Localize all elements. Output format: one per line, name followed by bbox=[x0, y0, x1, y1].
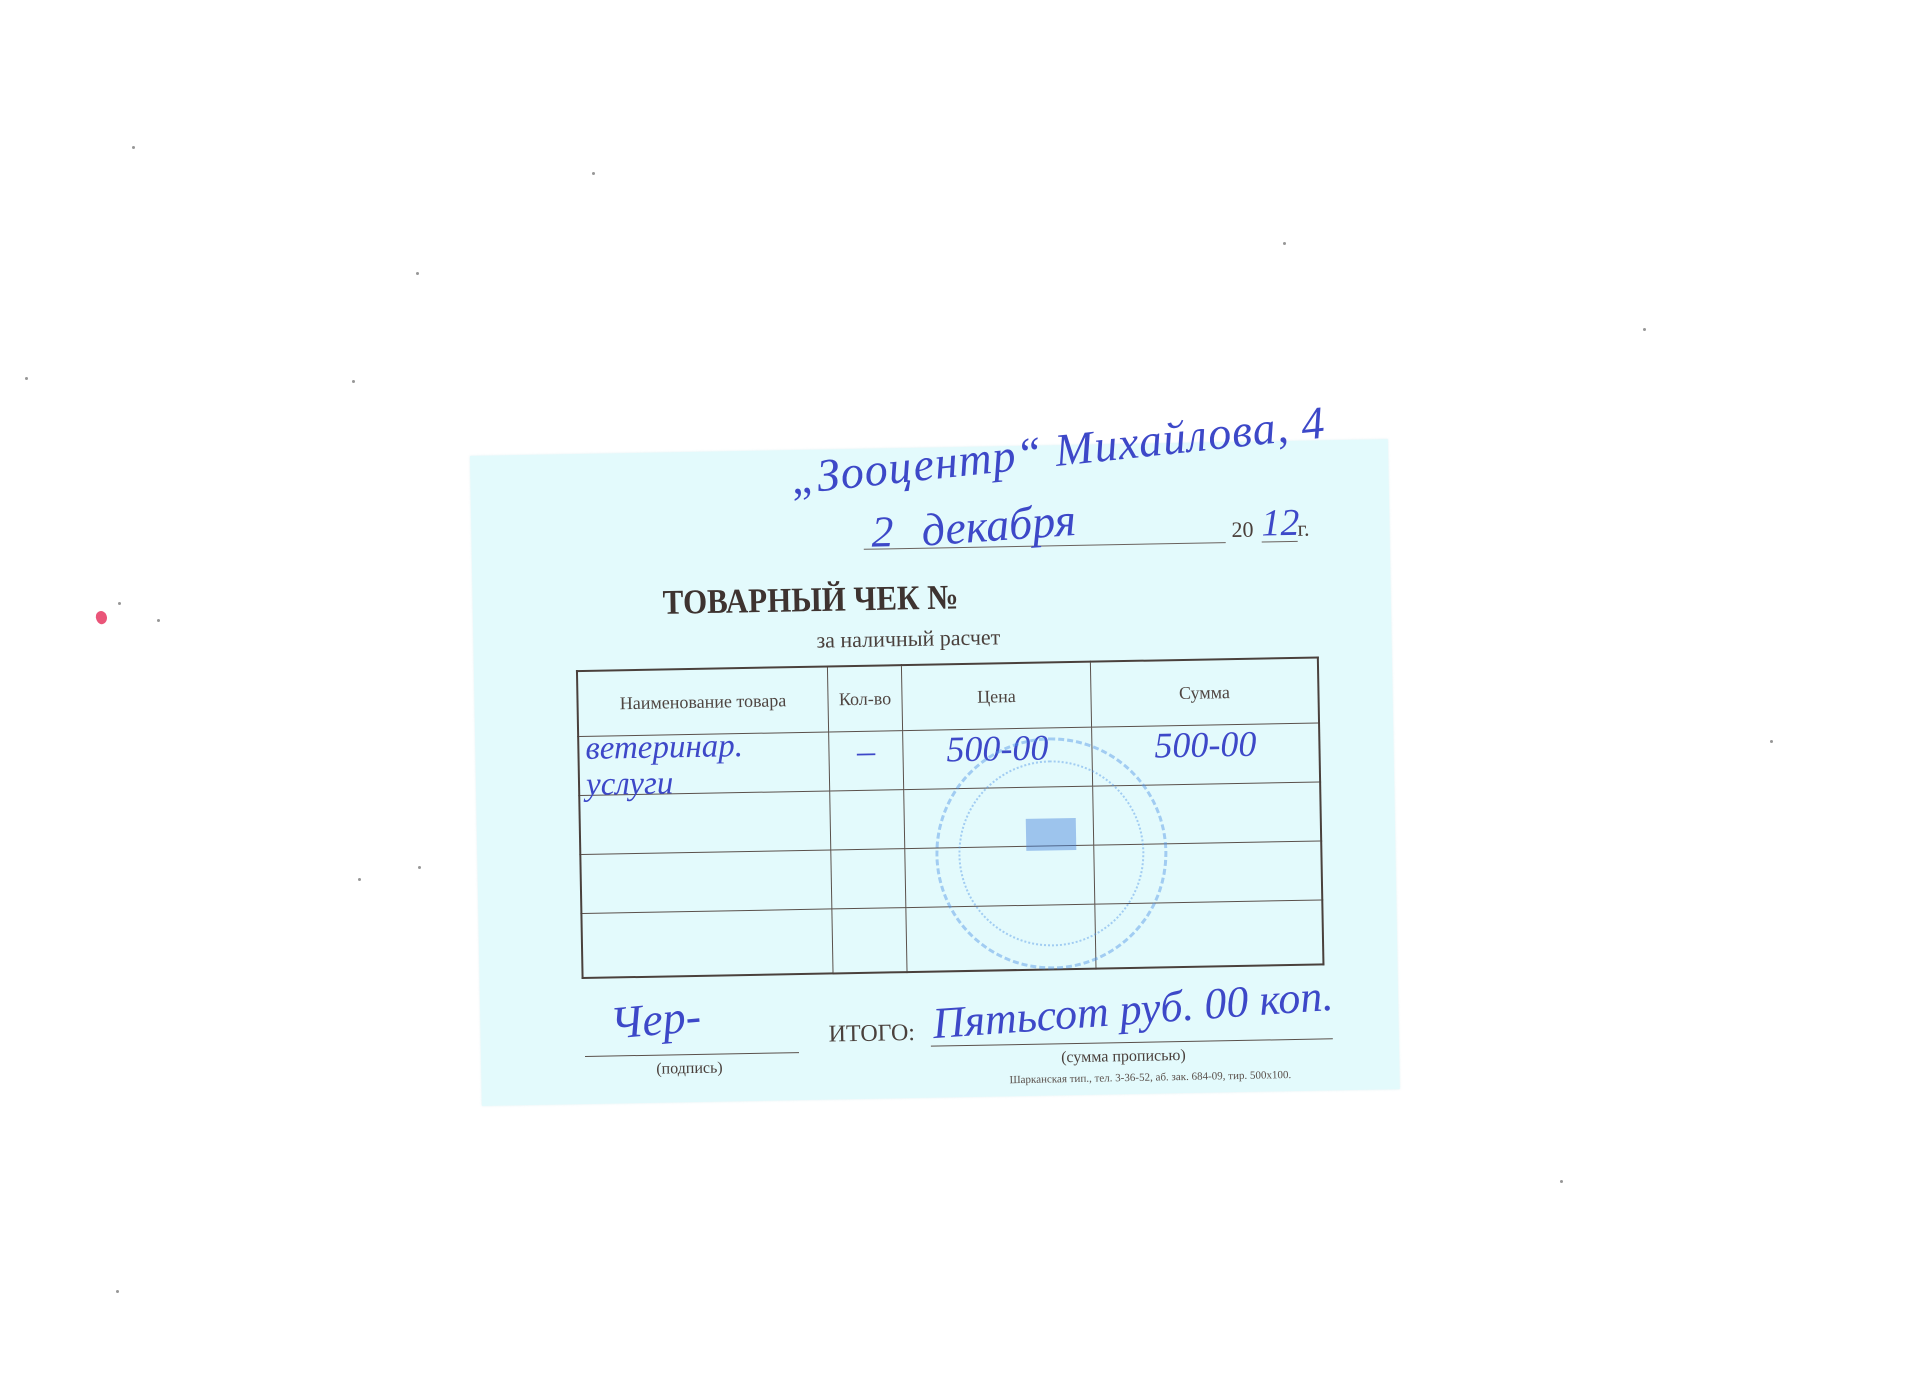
scan-speck bbox=[118, 602, 121, 605]
receipt-title: ТОВАРНЫЙ ЧЕК № bbox=[662, 577, 958, 623]
cell-item-name bbox=[579, 791, 831, 855]
receipt-subtitle: за наличный расчет bbox=[816, 624, 1000, 653]
scan-speck bbox=[416, 272, 419, 275]
cell-item-name: ветеринар. услуги bbox=[578, 732, 830, 796]
cell-quantity bbox=[831, 849, 906, 909]
signature-handwritten: Чер- bbox=[608, 989, 703, 1050]
red-ink-mark bbox=[94, 609, 109, 625]
scan-speck bbox=[1560, 1180, 1563, 1183]
stamp-emblem-icon bbox=[1026, 818, 1077, 851]
year-suffix: г. bbox=[1297, 516, 1310, 542]
signature-underline bbox=[585, 1052, 799, 1057]
scan-speck bbox=[157, 619, 160, 622]
cell-quantity bbox=[830, 790, 905, 850]
receipt-paper: „Зооцентр“ Михайлова, 4 2 декабря 20 12 … bbox=[470, 439, 1400, 1106]
cell-quantity: – bbox=[829, 731, 904, 791]
printer-imprint: Шарканская тип., тел. 3-36-52, аб. зак. … bbox=[1009, 1069, 1291, 1086]
header-price: Цена bbox=[901, 662, 1091, 731]
date-year: 12 bbox=[1261, 501, 1300, 546]
cell-quantity bbox=[832, 908, 907, 973]
header-quantity: Кол-во bbox=[827, 665, 902, 732]
year-prefix: 20 bbox=[1231, 517, 1253, 543]
scan-speck bbox=[116, 1290, 119, 1293]
item-sum-handwritten: 500-00 bbox=[1092, 722, 1319, 768]
shop-name-handwritten: „Зооцентр“ Михайлова, 4 bbox=[788, 396, 1328, 505]
total-label: ИТОГО: bbox=[828, 1020, 915, 1049]
date-month: декабря bbox=[920, 493, 1078, 557]
scan-speck bbox=[592, 172, 595, 175]
total-in-words-handwritten: Пятьсот руб. 00 коп. bbox=[931, 970, 1335, 1049]
item-quantity-handwritten: – bbox=[829, 729, 903, 772]
scan-speck bbox=[352, 380, 355, 383]
header-item-name: Наименование товара bbox=[577, 666, 829, 736]
signature-caption: (подпись) bbox=[656, 1059, 723, 1078]
scan-speck bbox=[358, 878, 361, 881]
cell-item-name bbox=[581, 909, 833, 978]
scan-speck bbox=[1283, 242, 1286, 245]
cell-item-name bbox=[580, 850, 832, 914]
scan-speck bbox=[25, 377, 28, 380]
scan-speck bbox=[1770, 740, 1773, 743]
scan-speck bbox=[418, 866, 421, 869]
total-caption: (сумма прописью) bbox=[1061, 1047, 1186, 1067]
date-day: 2 bbox=[871, 506, 894, 557]
header-sum: Сумма bbox=[1090, 657, 1319, 727]
scan-speck bbox=[132, 146, 135, 149]
scan-speck bbox=[1643, 328, 1646, 331]
